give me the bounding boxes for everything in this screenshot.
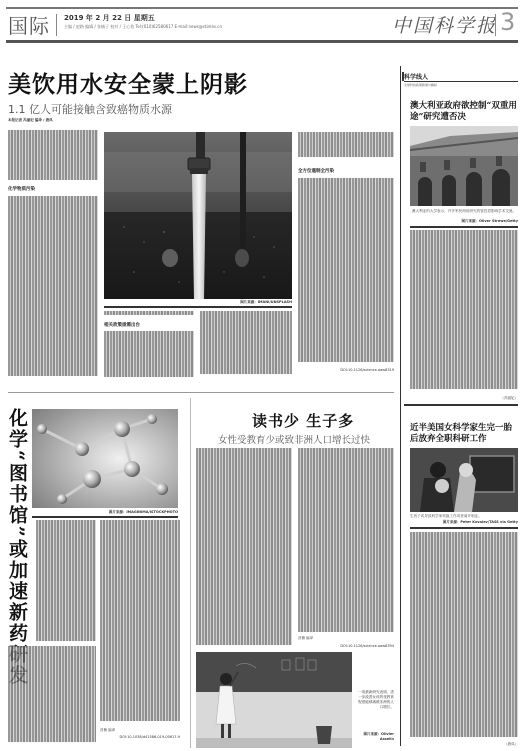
- museum-photo-rule: [410, 527, 518, 529]
- lead-body-col2b: [104, 331, 194, 381]
- header-top-rule: [6, 7, 518, 9]
- section-label: 国际: [8, 10, 50, 39]
- lead-subhead-2: 相关政策亟需出台: [104, 322, 140, 328]
- lead-body-col4b: [298, 178, 394, 364]
- sidebar-bottom-headline: 近半美国女科学家生完一胎后放弃全职科研工作: [410, 423, 518, 445]
- lead-body-col4a: [298, 132, 394, 162]
- chem-headline: 化学“图书馆”或加速新药研发: [8, 408, 28, 686]
- header-divider: [56, 14, 57, 36]
- column-tag: 科学线人: [404, 72, 428, 81]
- lead-headline: 美饮用水安全蒙上阴影: [8, 66, 248, 99]
- photo-bottom-rule: [104, 306, 292, 308]
- chem-end-note: DOI:10.1038/d41586-019-00617-9: [100, 735, 180, 739]
- africa-end-note: DOI:10.1126/science.aaw8394: [298, 644, 394, 648]
- classroom-illustration: [196, 652, 352, 748]
- africa-body-col2: [298, 448, 394, 636]
- molecule-photo-credit: 图片来源：IMAGINIMA/ISTOCKPHOTO: [32, 510, 178, 515]
- africa-subheadline: 女性受教育少或致非洲人口增长过快: [218, 432, 370, 446]
- museum-photo: [410, 448, 518, 512]
- editor-contact-line: 主编 / 赵路 编辑 / 张楠子 校对 / 王心怡 Tel:(010)62580…: [64, 24, 222, 30]
- chem-column-divider: [190, 398, 191, 748]
- university-photo: [410, 126, 518, 206]
- chem-body-col1b: [8, 646, 96, 746]
- sidebar-top-body: [410, 230, 518, 394]
- museum-photo-caption: 生孩子或导致科学家转换工作或者离开职业。: [410, 514, 518, 519]
- africa-body-col1: [196, 448, 292, 646]
- classroom-photo-credit: 图片来源：Olivier Asselin: [356, 732, 394, 741]
- sidebar-top-end-tag: （冯丽妃）: [410, 396, 518, 401]
- sidebar-bottom-body: [410, 532, 518, 740]
- sidebar-bottom-end-tag: （唐凤）: [410, 742, 518, 747]
- page-number-divider: [495, 14, 496, 36]
- lead-body-col3: [200, 311, 292, 381]
- lead-body-col2a: [104, 311, 194, 319]
- africa-author-line: 晋楠 编译: [298, 636, 338, 641]
- column-tagline: 全球科技政策新闻与解析: [404, 83, 437, 87]
- faucet-illustration: [104, 132, 292, 299]
- chem-author-line: 晋楠 编译: [100, 728, 180, 733]
- issue-date: 2019 年 2 月 22 日 星期五: [64, 13, 155, 23]
- university-photo-credit: 图片来源：Oliver Strewe/Getty: [410, 219, 518, 224]
- sidebar-divider: [400, 66, 401, 746]
- lead-byline: 本报记者 冯丽妃 编译 / 唐凤: [8, 118, 53, 123]
- page-number: 3: [500, 8, 515, 36]
- chem-body-col1a: [36, 520, 96, 644]
- lead-subheadline: 1.1 亿人可能接触含致癌物质水源: [8, 101, 172, 117]
- africa-headline: 读书少 生子多: [252, 410, 354, 431]
- classroom-photo: [196, 652, 352, 748]
- sidebar-photo-rule: [410, 226, 518, 228]
- sidebar-bottom-top-rule: [404, 404, 518, 406]
- molecule-illustration: [32, 409, 178, 508]
- mother-baby-illustration: [410, 448, 518, 512]
- lead-subhead-1: 化学物质污染: [8, 186, 35, 192]
- museum-photo-credit: 图片来源：Peter Kovalev/TASS via Getty: [410, 520, 518, 525]
- chem-body-col2: [100, 520, 180, 725]
- classroom-photo-caption: 一项最新研究表明，进一步改善女孩的受教育程度能够减缓非洲的人口增长。: [356, 690, 394, 728]
- section-rule: [8, 392, 394, 393]
- lead-subhead-3: 全方位遏制全污染: [298, 168, 334, 174]
- university-photo-caption: 澳大利亚的大学表示，许多军民两用研究的管控将影响学术交流。: [410, 209, 518, 218]
- molecule-photo-rule: [32, 516, 178, 518]
- lead-end-note: DOI:10.1126/science.aaw8319: [298, 368, 394, 372]
- sidebar-top-headline: 澳大利亚政府欲控制“双重用途”研究遭否决: [410, 101, 518, 123]
- masthead-logo: 中国科学报: [392, 11, 497, 38]
- building-illustration: [410, 126, 518, 206]
- header-bottom-rule: [6, 40, 518, 43]
- column-tag-rule: [404, 81, 518, 82]
- molecule-photo: [32, 409, 178, 508]
- lead-body-col1b: [8, 196, 98, 380]
- faucet-photo-credit: 图片来源：IMANI/UNSPLASH: [104, 300, 292, 305]
- faucet-photo: [104, 132, 292, 299]
